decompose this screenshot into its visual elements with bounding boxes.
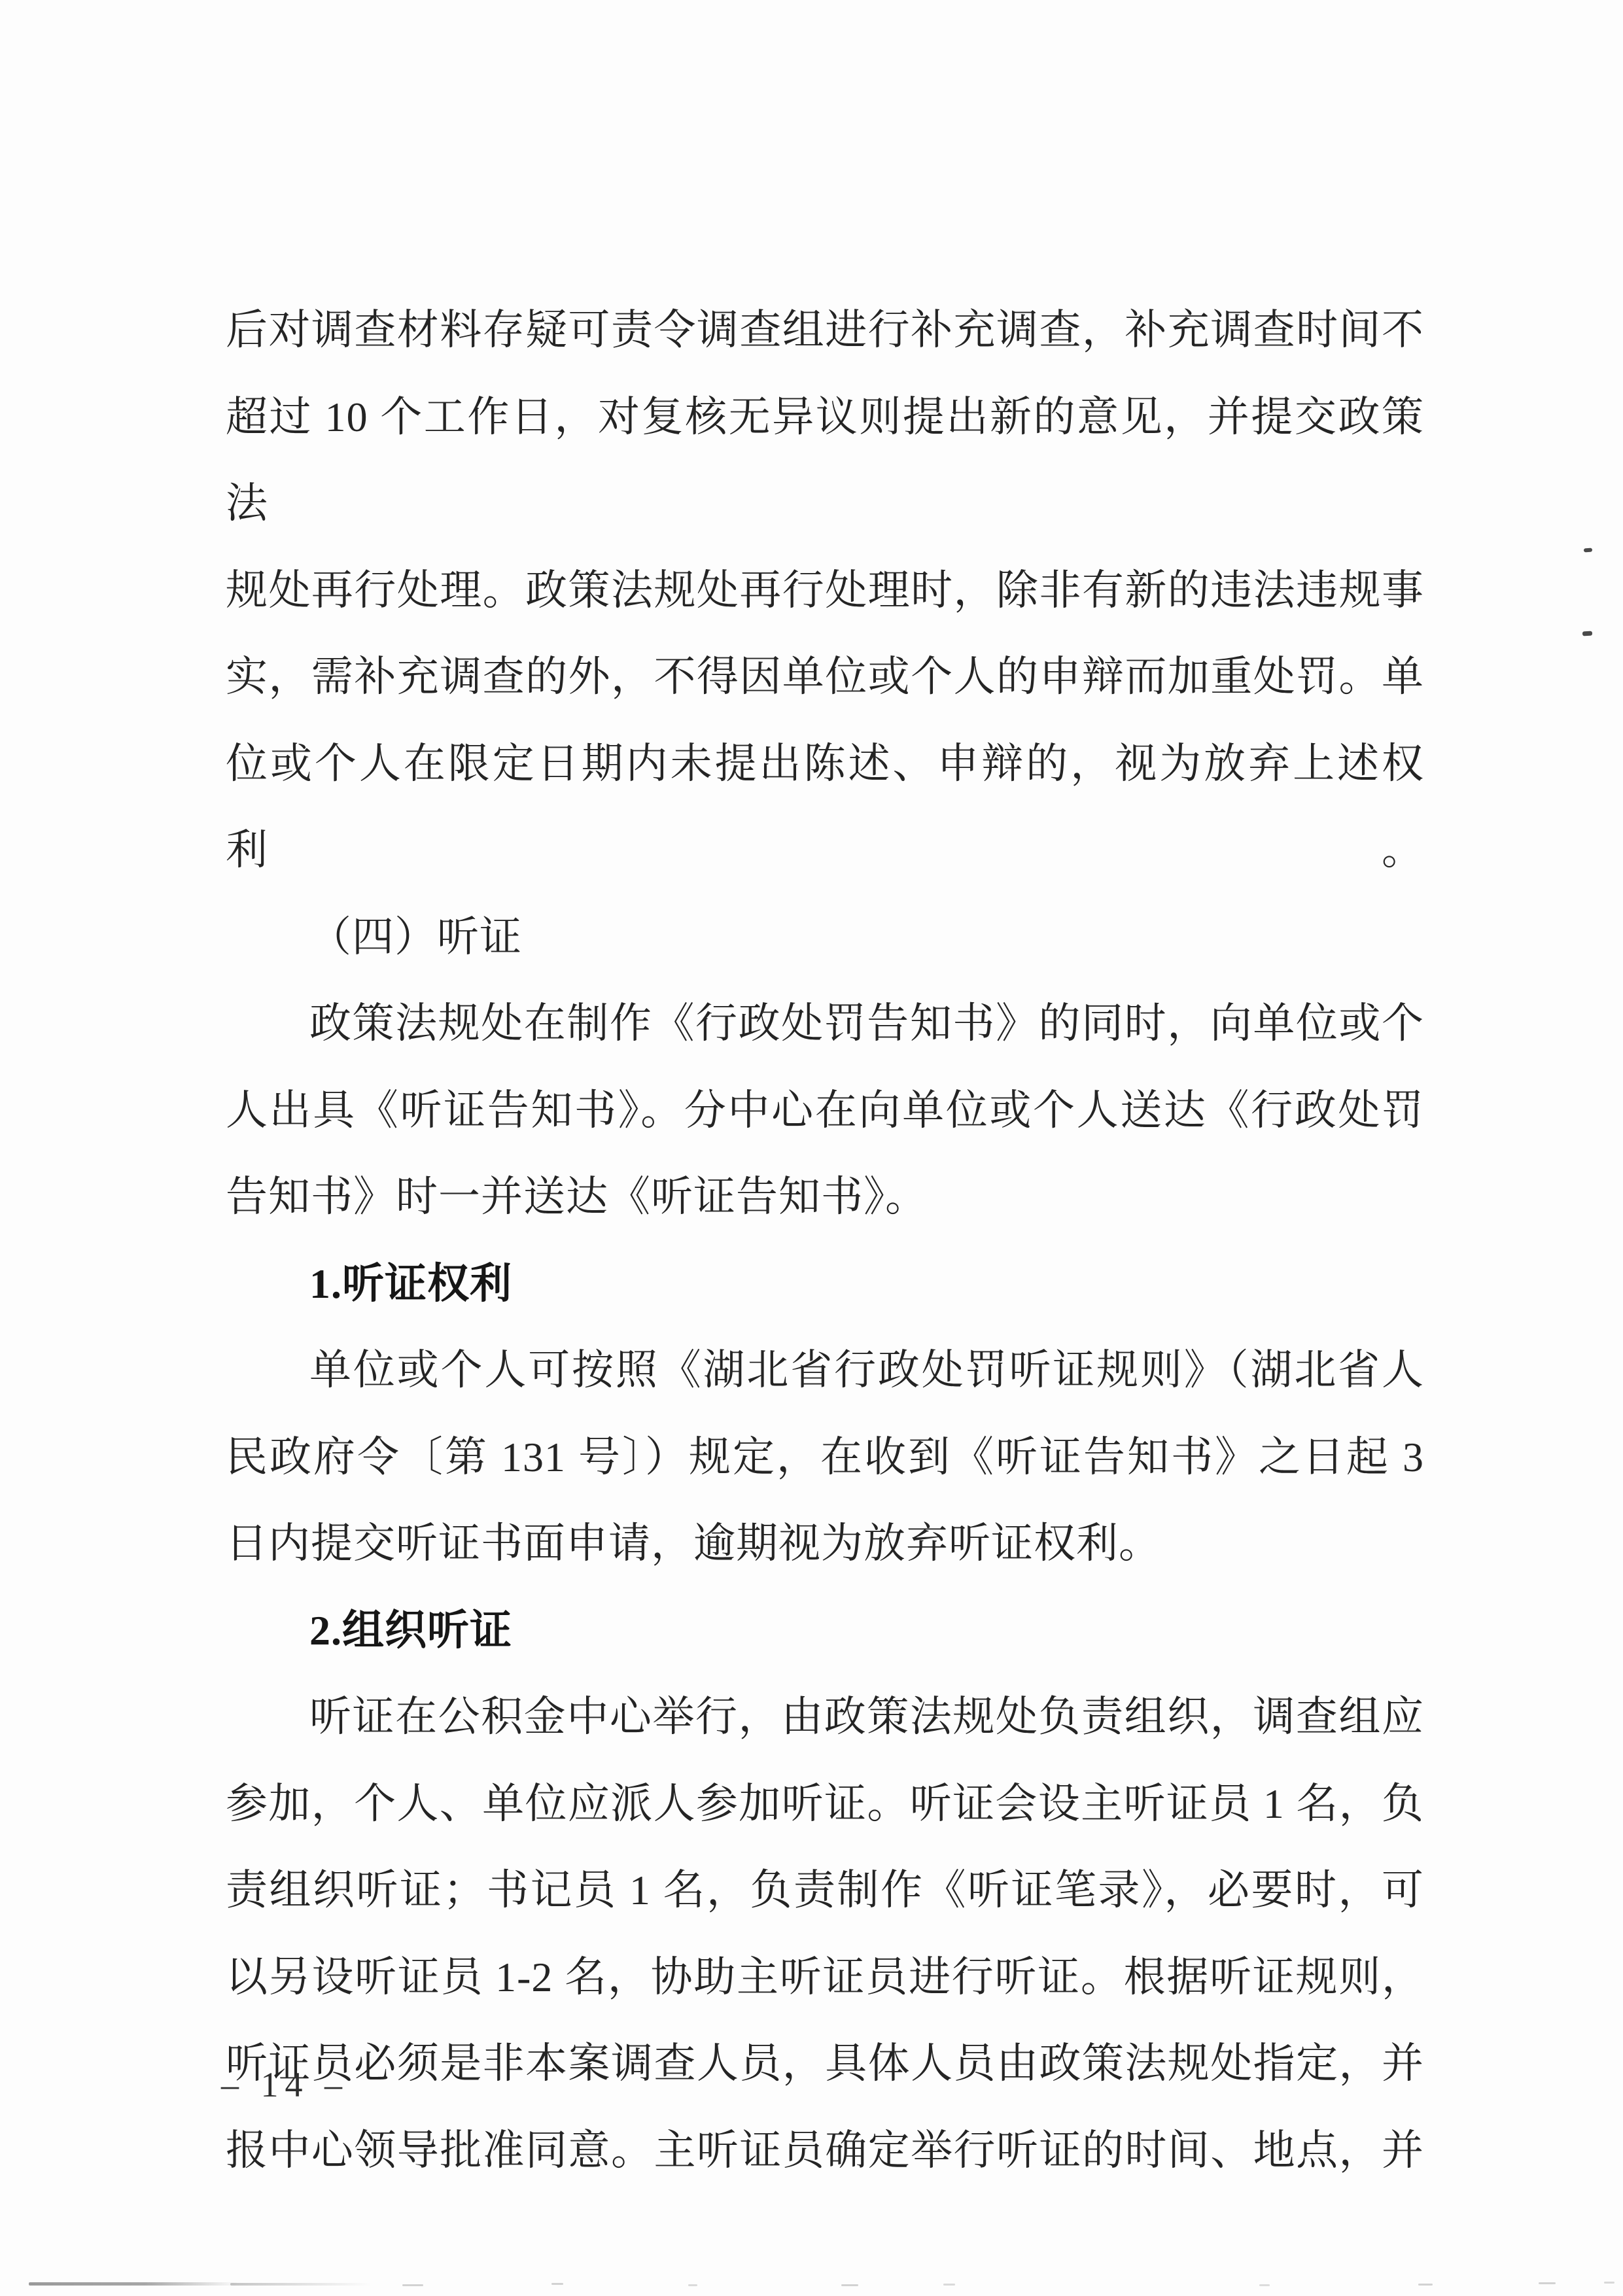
page-number: – 14 – (221, 2064, 349, 2105)
text-line: 听证在公积金中心举行，由政策法规处负责组织，调查组应 (226, 1674, 1424, 1761)
text-line: 后对调查材料存疑可责令调查组进行补充调查，补充调查时间不 (226, 287, 1424, 374)
text-line: 规处再行处理。政策法规处再行处理时，除非有新的违法违规事 (226, 548, 1424, 635)
document-body: 后对调查材料存疑可责令调查组进行补充调查，补充调查时间不 超过 10 个工作日，… (226, 287, 1424, 2194)
subsection-heading-1: 1.听证权利 (226, 1241, 1424, 1328)
scanned-document-page: 后对调查材料存疑可责令调查组进行补充调查，补充调查时间不 超过 10 个工作日，… (0, 0, 1623, 2296)
text-line: 位或个人在限定日期内未提出陈述、申辩的，视为放弃上述权利。 (226, 721, 1424, 894)
scan-artifact-speck (841, 2284, 858, 2286)
text-line: 政策法规处在制作《行政处罚告知书》的同时，向单位或个 (226, 981, 1424, 1068)
text-line: 超过 10 个工作日，对复核无异议则提出新的意见，并提交政策法 (226, 374, 1424, 548)
scan-artifact-line (29, 2282, 239, 2286)
text-line: 日内提交听证书面申请，逾期视为放弃听证权利。 (226, 1501, 1424, 1588)
subsection-heading-2: 2.组织听证 (226, 1588, 1424, 1675)
text-line: 单位或个人可按照《湖北省行政处罚听证规则》（湖北省人 (226, 1327, 1424, 1414)
scan-artifact-speck (688, 2284, 697, 2286)
text-line: 责组织听证；书记员 1 名，负责制作《听证笔录》，必要时，可 (226, 1847, 1424, 1934)
text-line: 参加，个人、单位应派人参加听证。听证会设主听证员 1 名，负 (226, 1761, 1424, 1848)
text-line: 人出具《听证告知书》。分中心在向单位或个人送达《行政处罚 (226, 1068, 1424, 1155)
text-line: 以另设听证员 1-2 名，协助主听证员进行听证。根据听证规则， (226, 1934, 1424, 2021)
text-line: 报中心领导批准同意。主听证员确定举行听证的时间、地点，并 (226, 2108, 1424, 2195)
scan-artifact-speck (1539, 2282, 1556, 2284)
scan-artifact-line (230, 2283, 371, 2286)
scan-artifact-speck (1604, 2282, 1614, 2284)
scan-artifact-dash (1582, 631, 1592, 636)
scan-artifact-speck (551, 2283, 563, 2285)
scan-artifact-dash (1584, 548, 1592, 553)
text-line: 民政府令〔第 131 号〕）规定，在收到《听证告知书》之日起 3 (226, 1414, 1424, 1501)
scan-artifact-speck (402, 2284, 423, 2286)
text-line: 实，需补充调查的外，不得因单位或个人的申辩而加重处罚。单 (226, 634, 1424, 721)
section-heading: （四）听证 (226, 894, 1424, 981)
scan-artifact-speck (1259, 2284, 1270, 2286)
scan-artifact-speck (1418, 2284, 1433, 2286)
text-line: 听证员必须是非本案调查人员，具体人员由政策法规处指定，并 (226, 2021, 1424, 2108)
scan-artifact-speck (943, 2284, 955, 2286)
text-line: 告知书》时一并送达《听证告知书》。 (226, 1154, 1424, 1241)
